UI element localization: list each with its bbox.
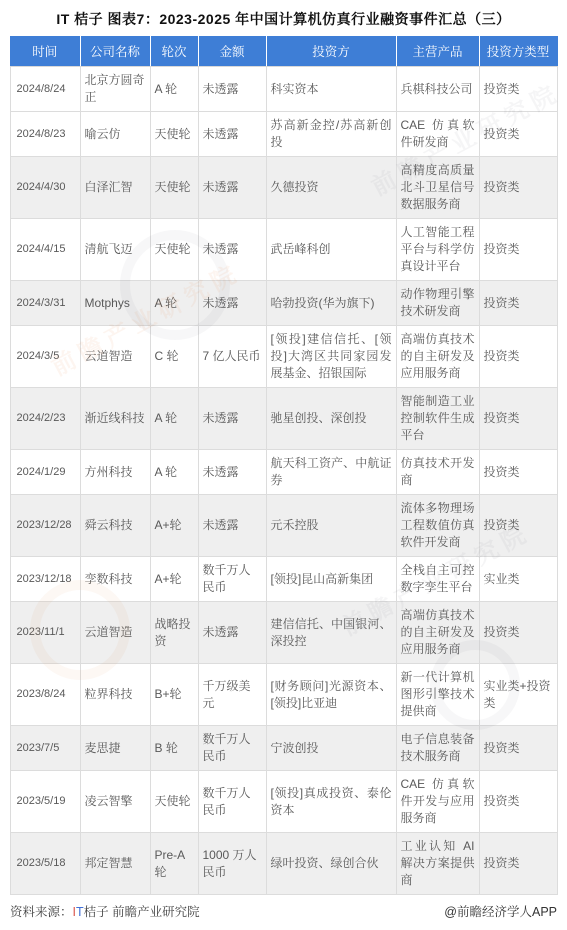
table-cell: 投资类 xyxy=(479,495,557,557)
table-cell: [领投]真成投资、泰伦资本 xyxy=(266,771,396,833)
table-row: 2024/3/5云道智造C 轮7 亿人民币[领投]建信信托、[领投]大湾区共同家… xyxy=(10,326,557,388)
footer: 资料来源：IT桔子 前瞻产业研究院 @前瞻经济学人APP xyxy=(10,902,557,920)
table-cell: A 轮 xyxy=(150,450,198,495)
table-cell: 孪数科技 xyxy=(80,557,150,602)
table-cell: 2023/12/28 xyxy=(10,495,80,557)
header-row: 时间公司名称轮次金额投资方主营产品投资方类型 xyxy=(10,36,557,67)
table-row: 2023/11/1云道智造战略投资未透露建信信托、中国银河、深投控高端仿真技术的… xyxy=(10,602,557,664)
table-cell: 科实资本 xyxy=(266,67,396,112)
table-cell: 白泽汇智 xyxy=(80,157,150,219)
table-cell: 7 亿人民币 xyxy=(198,326,266,388)
table-cell: Motphys xyxy=(80,281,150,326)
table-cell: 实业类 xyxy=(479,557,557,602)
table-cell: A 轮 xyxy=(150,388,198,450)
table-cell: 2024/3/31 xyxy=(10,281,80,326)
table-cell: 工业认知 AI 解决方案提供商 xyxy=(396,833,479,895)
table-cell: 2024/1/29 xyxy=(10,450,80,495)
table-cell: 2023/11/1 xyxy=(10,602,80,664)
column-header: 轮次 xyxy=(150,36,198,67)
table-cell: 兵棋科技公司 xyxy=(396,67,479,112)
table-row: 2024/4/15清航飞迈天使轮未透露武岳峰科创人工智能工程平台与科学仿真设计平… xyxy=(10,219,557,281)
table-cell: 2024/4/15 xyxy=(10,219,80,281)
page-title: IT 桔子 图表7：2023-2025 年中国计算机仿真行业融资事件汇总（三） xyxy=(0,0,567,36)
table-cell: 天使轮 xyxy=(150,771,198,833)
table-cell: CAE 仿真软件研发商 xyxy=(396,112,479,157)
table-cell: 未透露 xyxy=(198,67,266,112)
table-body: 2024/8/24北京方圆奇正A 轮未透露科实资本兵棋科技公司投资类2024/8… xyxy=(10,67,557,895)
table-cell: 2024/8/24 xyxy=(10,67,80,112)
table-cell: 投资类 xyxy=(479,450,557,495)
table-cell: 未透露 xyxy=(198,281,266,326)
table-cell: 投资类 xyxy=(479,219,557,281)
table-cell: 麦思捷 xyxy=(80,726,150,771)
report-page: 前瞻产业研究院 前瞻产业研究院 前瞻产业研究院 IT 桔子 图表7：2023-2… xyxy=(0,0,567,930)
table-header: 时间公司名称轮次金额投资方主营产品投资方类型 xyxy=(10,36,557,67)
table-cell: 渐近线科技 xyxy=(80,388,150,450)
credit-note: @前瞻经济学人APP xyxy=(444,902,557,920)
table-cell: 新一代计算机图形引擎技术提供商 xyxy=(396,664,479,726)
column-header: 主营产品 xyxy=(396,36,479,67)
source-prefix: 资料来源： xyxy=(10,905,73,919)
table-cell: 投资类 xyxy=(479,157,557,219)
table-cell: 武岳峰科创 xyxy=(266,219,396,281)
table-cell: 1000 万人民币 xyxy=(198,833,266,895)
table-cell: 投资类 xyxy=(479,602,557,664)
table-cell: 未透露 xyxy=(198,112,266,157)
table-cell: 天使轮 xyxy=(150,112,198,157)
table-cell: 数千万人民币 xyxy=(198,771,266,833)
table-cell: 投资类 xyxy=(479,726,557,771)
table-cell: 投资类 xyxy=(479,388,557,450)
table-cell: 2023/8/24 xyxy=(10,664,80,726)
table-cell: 喻云仿 xyxy=(80,112,150,157)
table-cell: 仿真技术开发商 xyxy=(396,450,479,495)
table-cell: 投资类 xyxy=(479,112,557,157)
table-cell: 久德投资 xyxy=(266,157,396,219)
table-cell: 投资类 xyxy=(479,771,557,833)
table-row: 2023/5/18邦定智慧Pre-A 轮1000 万人民币绿叶投资、绿创合伙工业… xyxy=(10,833,557,895)
column-header: 投资方类型 xyxy=(479,36,557,67)
table-cell: 数千万人民币 xyxy=(198,557,266,602)
table-cell: 凌云智擎 xyxy=(80,771,150,833)
table-cell: CAE 仿真软件开发与应用服务商 xyxy=(396,771,479,833)
table-cell: 实业类+投资类 xyxy=(479,664,557,726)
table-row: 2024/8/23喻云仿天使轮未透露苏高新金控/苏高新创投CAE 仿真软件研发商… xyxy=(10,112,557,157)
table-cell: 北京方圆奇正 xyxy=(80,67,150,112)
table-cell: 流体多物理场工程数值仿真软件开发商 xyxy=(396,495,479,557)
table-cell: 云道智造 xyxy=(80,326,150,388)
table-cell: B+轮 xyxy=(150,664,198,726)
table-cell: [财务顾问]光源资本、[领投]比亚迪 xyxy=(266,664,396,726)
table-cell: 未透露 xyxy=(198,388,266,450)
table-cell: 2023/5/18 xyxy=(10,833,80,895)
table-cell: 邦定智慧 xyxy=(80,833,150,895)
table-cell: 未透露 xyxy=(198,602,266,664)
table-row: 2024/3/31MotphysA 轮未透露哈勃投资(华为旗下)动作物理引擎技术… xyxy=(10,281,557,326)
column-header: 投资方 xyxy=(266,36,396,67)
table-cell: 2023/5/19 xyxy=(10,771,80,833)
table-row: 2023/5/19凌云智擎天使轮数千万人民币[领投]真成投资、泰伦资本CAE 仿… xyxy=(10,771,557,833)
table-cell: 云道智造 xyxy=(80,602,150,664)
table-cell: 高精度高质量北斗卫星信号数据服务商 xyxy=(396,157,479,219)
column-header: 时间 xyxy=(10,36,80,67)
table-cell: 投资类 xyxy=(479,833,557,895)
table-cell: 动作物理引擎技术研发商 xyxy=(396,281,479,326)
table-cell: 绿叶投资、绿创合伙 xyxy=(266,833,396,895)
table-cell: 驰星创投、深创投 xyxy=(266,388,396,450)
table-cell: 千万级美元 xyxy=(198,664,266,726)
source-rest: 桔子 前瞻产业研究院 xyxy=(84,905,200,919)
table-row: 2024/4/30白泽汇智天使轮未透露久德投资高精度高质量北斗卫星信号数据服务商… xyxy=(10,157,557,219)
table-cell: 投资类 xyxy=(479,281,557,326)
table-cell: 2024/3/5 xyxy=(10,326,80,388)
table-row: 2023/12/28舜云科技A+轮未透露元禾控股流体多物理场工程数值仿真软件开发… xyxy=(10,495,557,557)
table-cell: 2023/7/5 xyxy=(10,726,80,771)
table-cell: 全栈自主可控数字孪生平台 xyxy=(396,557,479,602)
table-cell: 未透露 xyxy=(198,157,266,219)
table-cell: 舜云科技 xyxy=(80,495,150,557)
table-cell: 智能制造工业控制软件生成平台 xyxy=(396,388,479,450)
table-row: 2023/7/5麦思捷B 轮数千万人民币宁波创投电子信息装备技术服务商投资类 xyxy=(10,726,557,771)
table-cell: B 轮 xyxy=(150,726,198,771)
table-cell: 航天科工资产、中航证券 xyxy=(266,450,396,495)
table-cell: A+轮 xyxy=(150,495,198,557)
table-cell: 2024/8/23 xyxy=(10,112,80,157)
table-cell: 粒界科技 xyxy=(80,664,150,726)
table-row: 2024/8/24北京方圆奇正A 轮未透露科实资本兵棋科技公司投资类 xyxy=(10,67,557,112)
table-row: 2023/12/18孪数科技A+轮数千万人民币[领投]昆山高新集团全栈自主可控数… xyxy=(10,557,557,602)
table-cell: 人工智能工程平台与科学仿真设计平台 xyxy=(396,219,479,281)
table-cell: 哈勃投资(华为旗下) xyxy=(266,281,396,326)
table-cell: 未透露 xyxy=(198,450,266,495)
table-cell: A+轮 xyxy=(150,557,198,602)
table-cell: 战略投资 xyxy=(150,602,198,664)
table-cell: 方州科技 xyxy=(80,450,150,495)
table-cell: 宁波创投 xyxy=(266,726,396,771)
table-cell: 高端仿真技术的自主研发及应用服务商 xyxy=(396,602,479,664)
source-note: 资料来源：IT桔子 前瞻产业研究院 xyxy=(10,902,200,920)
table-cell: 高端仿真技术的自主研发及应用服务商 xyxy=(396,326,479,388)
table-row: 2024/1/29方州科技A 轮未透露航天科工资产、中航证券仿真技术开发商投资类 xyxy=(10,450,557,495)
table-row: 2023/8/24粒界科技B+轮千万级美元[财务顾问]光源资本、[领投]比亚迪新… xyxy=(10,664,557,726)
column-header: 金额 xyxy=(198,36,266,67)
table-cell: A 轮 xyxy=(150,67,198,112)
table-cell: A 轮 xyxy=(150,281,198,326)
table-cell: 天使轮 xyxy=(150,157,198,219)
table-cell: 天使轮 xyxy=(150,219,198,281)
table-cell: 未透露 xyxy=(198,219,266,281)
table-cell: 清航飞迈 xyxy=(80,219,150,281)
table-cell: 电子信息装备技术服务商 xyxy=(396,726,479,771)
table-cell: [领投]昆山高新集团 xyxy=(266,557,396,602)
table-cell: 2024/4/30 xyxy=(10,157,80,219)
table-cell: 苏高新金控/苏高新创投 xyxy=(266,112,396,157)
table-cell: 数千万人民币 xyxy=(198,726,266,771)
table-cell: 投资类 xyxy=(479,67,557,112)
table-cell: 投资类 xyxy=(479,326,557,388)
table-cell: [领投]建信信托、[领投]大湾区共同家园发展基金、招银国际 xyxy=(266,326,396,388)
column-header: 公司名称 xyxy=(80,36,150,67)
table-cell: 建信信托、中国银河、深投控 xyxy=(266,602,396,664)
table-cell: Pre-A 轮 xyxy=(150,833,198,895)
financing-events-table: 时间公司名称轮次金额投资方主营产品投资方类型 2024/8/24北京方圆奇正A … xyxy=(10,36,558,895)
table-cell: 元禾控股 xyxy=(266,495,396,557)
table-cell: 2023/12/18 xyxy=(10,557,80,602)
brand-letter-t: T xyxy=(76,905,84,919)
table-row: 2024/2/23渐近线科技A 轮未透露驰星创投、深创投智能制造工业控制软件生成… xyxy=(10,388,557,450)
table-cell: 2024/2/23 xyxy=(10,388,80,450)
table-cell: C 轮 xyxy=(150,326,198,388)
table-cell: 未透露 xyxy=(198,495,266,557)
